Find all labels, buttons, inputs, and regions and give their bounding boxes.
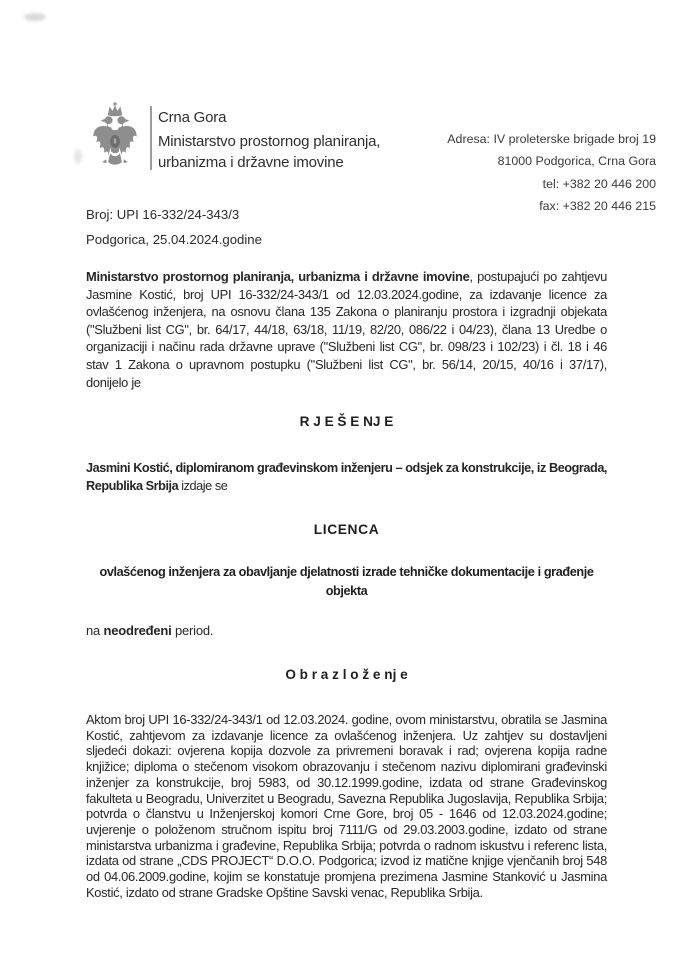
licence-scope: ovlašćenog inženjera za obavljanje djela… <box>86 563 607 600</box>
licencee-name-bold: Jasmini Kostić, diplomiranom građevinsko… <box>86 461 607 493</box>
document-number: Broj: UPI 16-332/24-343/3 <box>86 203 262 228</box>
contact-block: Adresa: IV proleterske brigade broj 19 8… <box>447 128 656 218</box>
address-line: Adresa: IV proleterske brigade broj 19 <box>447 128 656 150</box>
licence-heading: LICENCA <box>86 522 607 537</box>
licence-period: na neodređeni period. <box>86 623 213 638</box>
intro-text: , postupajući po zahtjevu Jasmine Kostić… <box>86 269 607 390</box>
ministry-name-line2: urbanizma i državne imovine <box>158 152 380 173</box>
montenegro-coat-of-arms-icon <box>91 102 139 176</box>
period-suffix: period. <box>172 623 214 638</box>
address-city-line: 81000 Podgorica, Crna Gora <box>447 150 656 172</box>
explanation-paragraph: Aktom broj UPI 16-332/24-343/1 od 12.03.… <box>86 712 607 900</box>
ministry-name-line1: Ministarstvo prostornog planiranja, <box>158 131 380 152</box>
document-page: Crna Gora Ministarstvo prostornog planir… <box>0 0 679 960</box>
period-prefix: na <box>86 623 103 638</box>
period-bold: neodređeni <box>103 623 171 638</box>
place-date: Podgorica, 25.04.2024.godine <box>86 228 262 253</box>
subject-tail: izdaje se <box>178 479 227 493</box>
country-name: Crna Gora <box>158 107 380 128</box>
document-meta: Broj: UPI 16-332/24-343/3 Podgorica, 25.… <box>86 203 262 252</box>
scan-artifact <box>74 149 82 164</box>
ministry-identity: Crna Gora Ministarstvo prostornog planir… <box>158 107 380 173</box>
scan-artifact <box>24 13 46 21</box>
header-divider <box>150 106 152 170</box>
resolution-heading: R J E Š E NJ E <box>86 414 607 429</box>
intro-paragraph: Ministarstvo prostornog planiranja, urba… <box>86 268 607 391</box>
subject-paragraph: Jasmini Kostić, diplomiranom građevinsko… <box>86 459 607 495</box>
fax-line: fax: +382 20 446 215 <box>447 195 656 217</box>
phone-line: tel: +382 20 446 200 <box>447 173 656 195</box>
explanation-heading: O b r a z l o ž e nj e <box>86 667 607 682</box>
ministry-name-bold: Ministarstvo prostornog planiranja, urba… <box>86 269 469 284</box>
